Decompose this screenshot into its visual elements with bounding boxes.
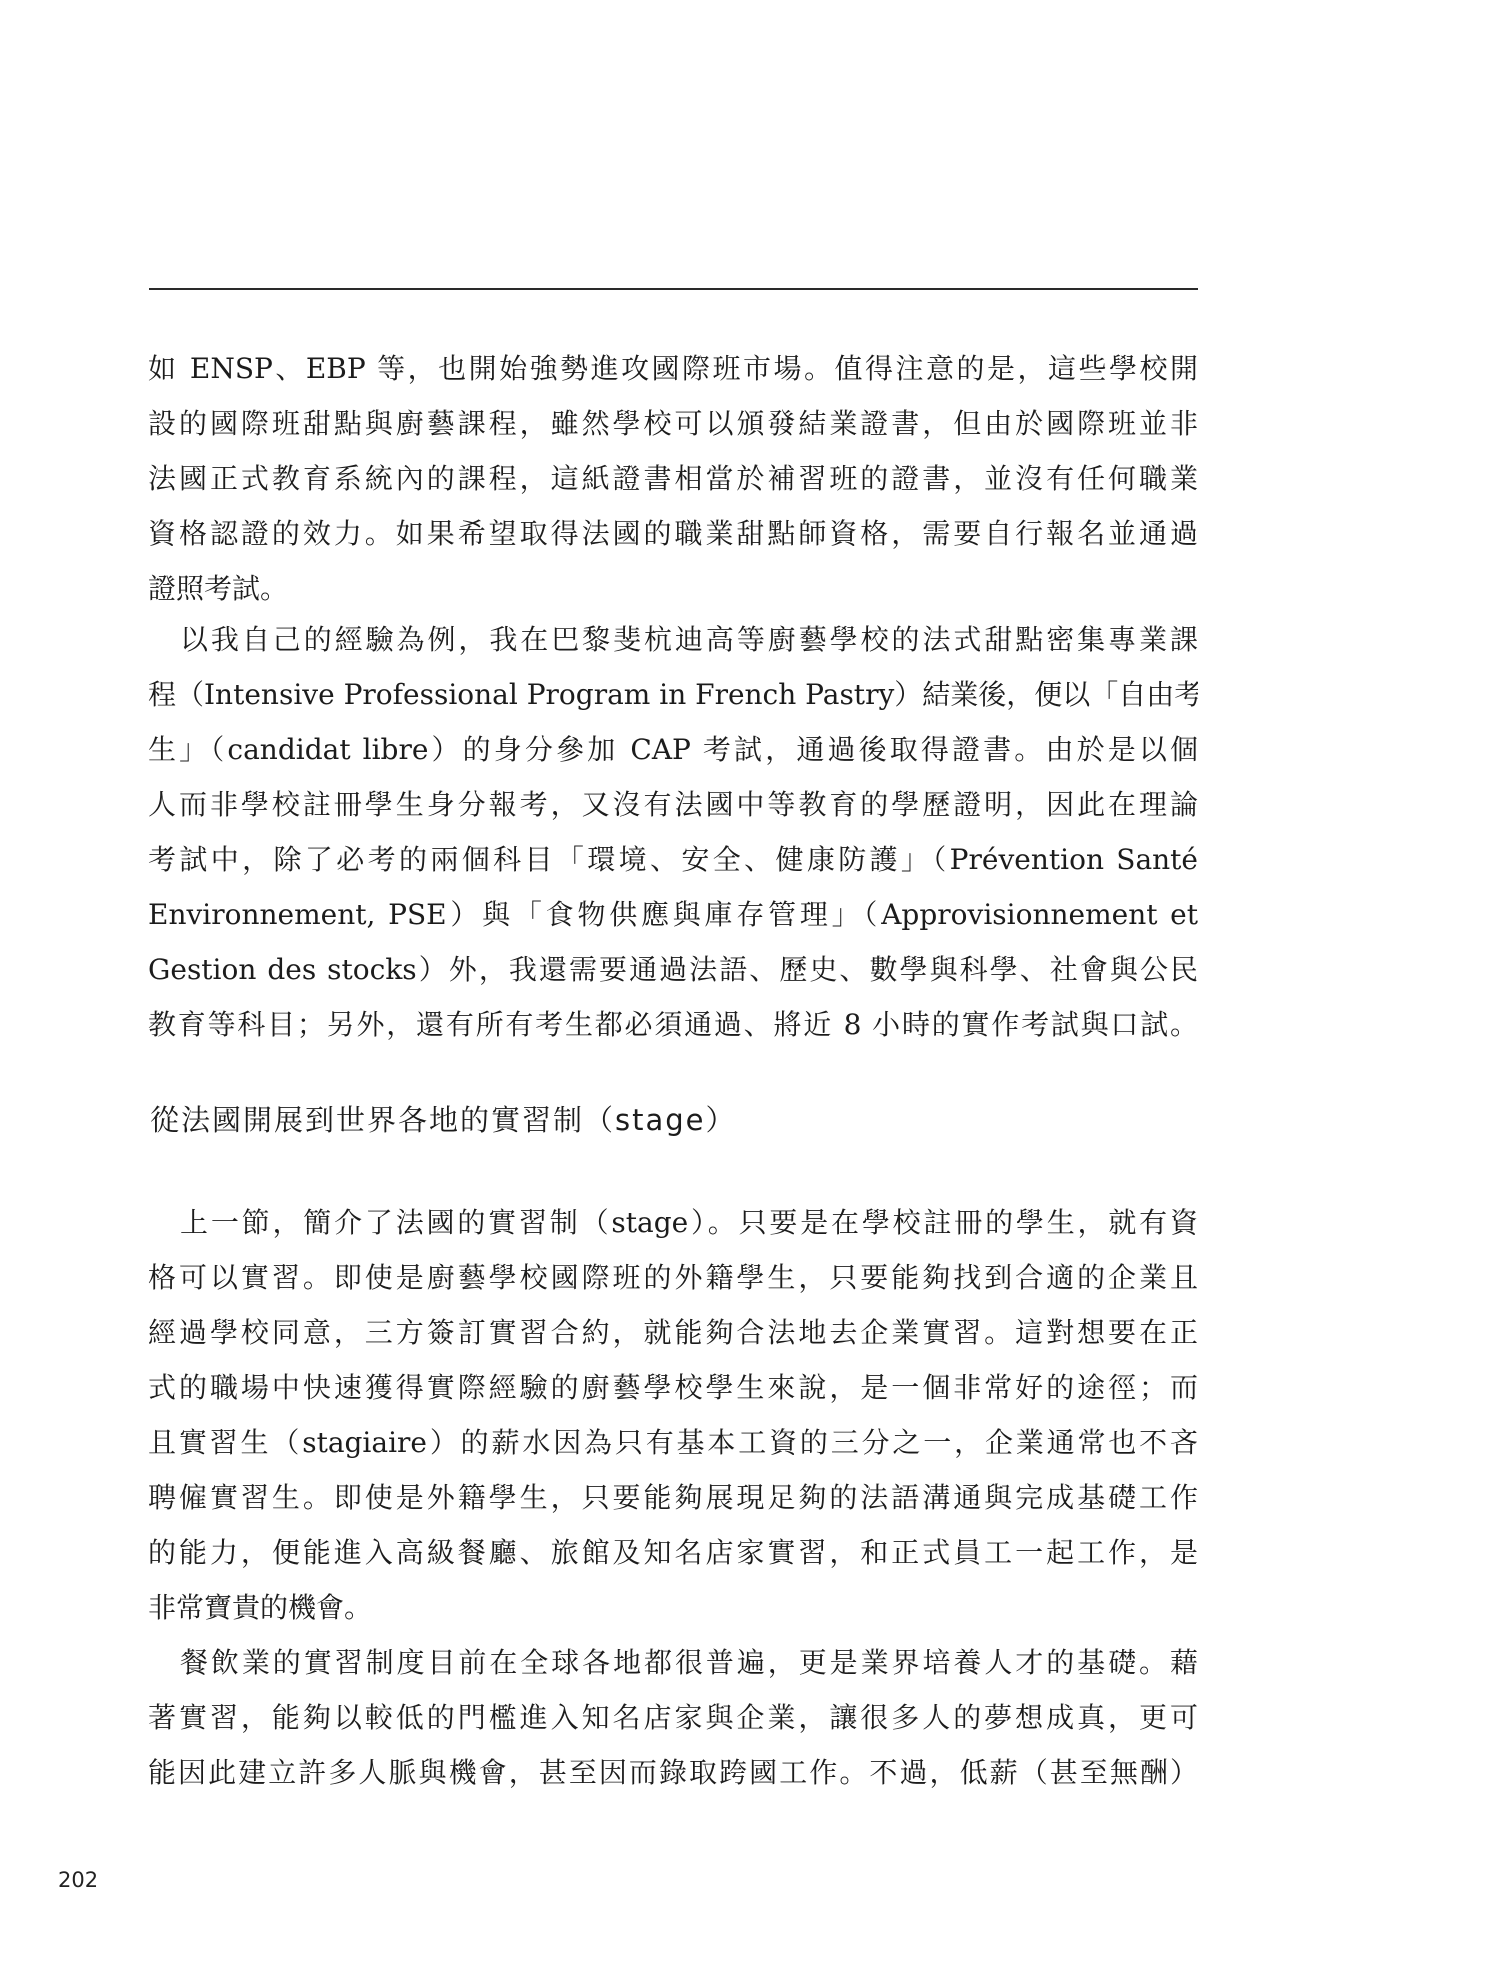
text-line: 考試中，除了必考的兩個科目「環境、安全、健康防護」（Prévention San… bbox=[148, 832, 1198, 887]
header-rule-divider bbox=[149, 288, 1198, 290]
text-line: 的能力，便能進入高級餐廳、旅館及知名店家實習，和正式員工一起工作，是 bbox=[148, 1525, 1198, 1580]
text-line: 生」（candidat libre）的身分參加 CAP 考試，通過後取得證書。由… bbox=[148, 722, 1198, 777]
text-line: 非常寶貴的機會。 bbox=[148, 1580, 1198, 1635]
text-line: 法國正式教育系統內的課程，這紙證書相當於補習班的證書，並沒有任何職業 bbox=[148, 451, 1198, 506]
paragraph-1: 如 ENSP、EBP 等，也開始強勢進攻國際班市場。值得注意的是，這些學校開 設… bbox=[148, 341, 1198, 616]
page-number: 202 bbox=[58, 1868, 98, 1892]
text-line: Environnement, PSE）與「食物供應與庫存管理」（Approvis… bbox=[148, 887, 1198, 942]
paragraph-4: 餐飲業的實習制度目前在全球各地都很普遍，更是業界培養人才的基礎。藉 著實習，能夠… bbox=[148, 1635, 1198, 1800]
text-line: 人而非學校註冊學生身分報考，又沒有法國中等教育的學歷證明，因此在理論 bbox=[148, 777, 1198, 832]
text-line: 以我自己的經驗為例，我在巴黎斐杭迪高等廚藝學校的法式甜點密集專業課 bbox=[148, 612, 1198, 667]
section-heading: 從法國開展到世界各地的實習制（stage） bbox=[150, 1096, 737, 1144]
text-line: Gestion des stocks）外，我還需要通過法語、歷史、數學與科學、社… bbox=[148, 942, 1198, 997]
text-line: 且實習生（stagiaire）的薪水因為只有基本工資的三分之一，企業通常也不吝 bbox=[148, 1415, 1198, 1470]
text-line: 式的職場中快速獲得實際經驗的廚藝學校學生來說，是一個非常好的途徑；而 bbox=[148, 1360, 1198, 1415]
text-line: 程（Intensive Professional Program in Fren… bbox=[148, 667, 1198, 722]
text-line: 證照考試。 bbox=[148, 561, 1198, 616]
text-line: 教育等科目；另外，還有所有考生都必須通過、將近 8 小時的實作考試與口試。 bbox=[148, 997, 1198, 1052]
text-line: 設的國際班甜點與廚藝課程，雖然學校可以頒發結業證書，但由於國際班並非 bbox=[148, 396, 1198, 451]
text-line: 著實習，能夠以較低的門檻進入知名店家與企業，讓很多人的夢想成真，更可 bbox=[148, 1690, 1198, 1745]
text-line: 餐飲業的實習制度目前在全球各地都很普遍，更是業界培養人才的基礎。藉 bbox=[148, 1635, 1198, 1690]
text-line: 格可以實習。即使是廚藝學校國際班的外籍學生，只要能夠找到合適的企業且 bbox=[148, 1250, 1198, 1305]
paragraph-2: 以我自己的經驗為例，我在巴黎斐杭迪高等廚藝學校的法式甜點密集專業課 程（Inte… bbox=[148, 612, 1198, 1052]
text-line: 經過學校同意，三方簽訂實習合約，就能夠合法地去企業實習。這對想要在正 bbox=[148, 1305, 1198, 1360]
text-line: 聘僱實習生。即使是外籍學生，只要能夠展現足夠的法語溝通與完成基礎工作 bbox=[148, 1470, 1198, 1525]
paragraph-3: 上一節，簡介了法國的實習制（stage）。只要是在學校註冊的學生，就有資 格可以… bbox=[148, 1195, 1198, 1635]
text-line: 資格認證的效力。如果希望取得法國的職業甜點師資格，需要自行報名並通過 bbox=[148, 506, 1198, 561]
book-page: 如 ENSP、EBP 等，也開始強勢進攻國際班市場。值得注意的是，這些學校開 設… bbox=[0, 0, 1497, 1969]
text-line: 能因此建立許多人脈與機會，甚至因而錄取跨國工作。不過，低薪（甚至無酬） bbox=[148, 1745, 1198, 1800]
text-line: 如 ENSP、EBP 等，也開始強勢進攻國際班市場。值得注意的是，這些學校開 bbox=[148, 341, 1198, 396]
text-line: 上一節，簡介了法國的實習制（stage）。只要是在學校註冊的學生，就有資 bbox=[148, 1195, 1198, 1250]
